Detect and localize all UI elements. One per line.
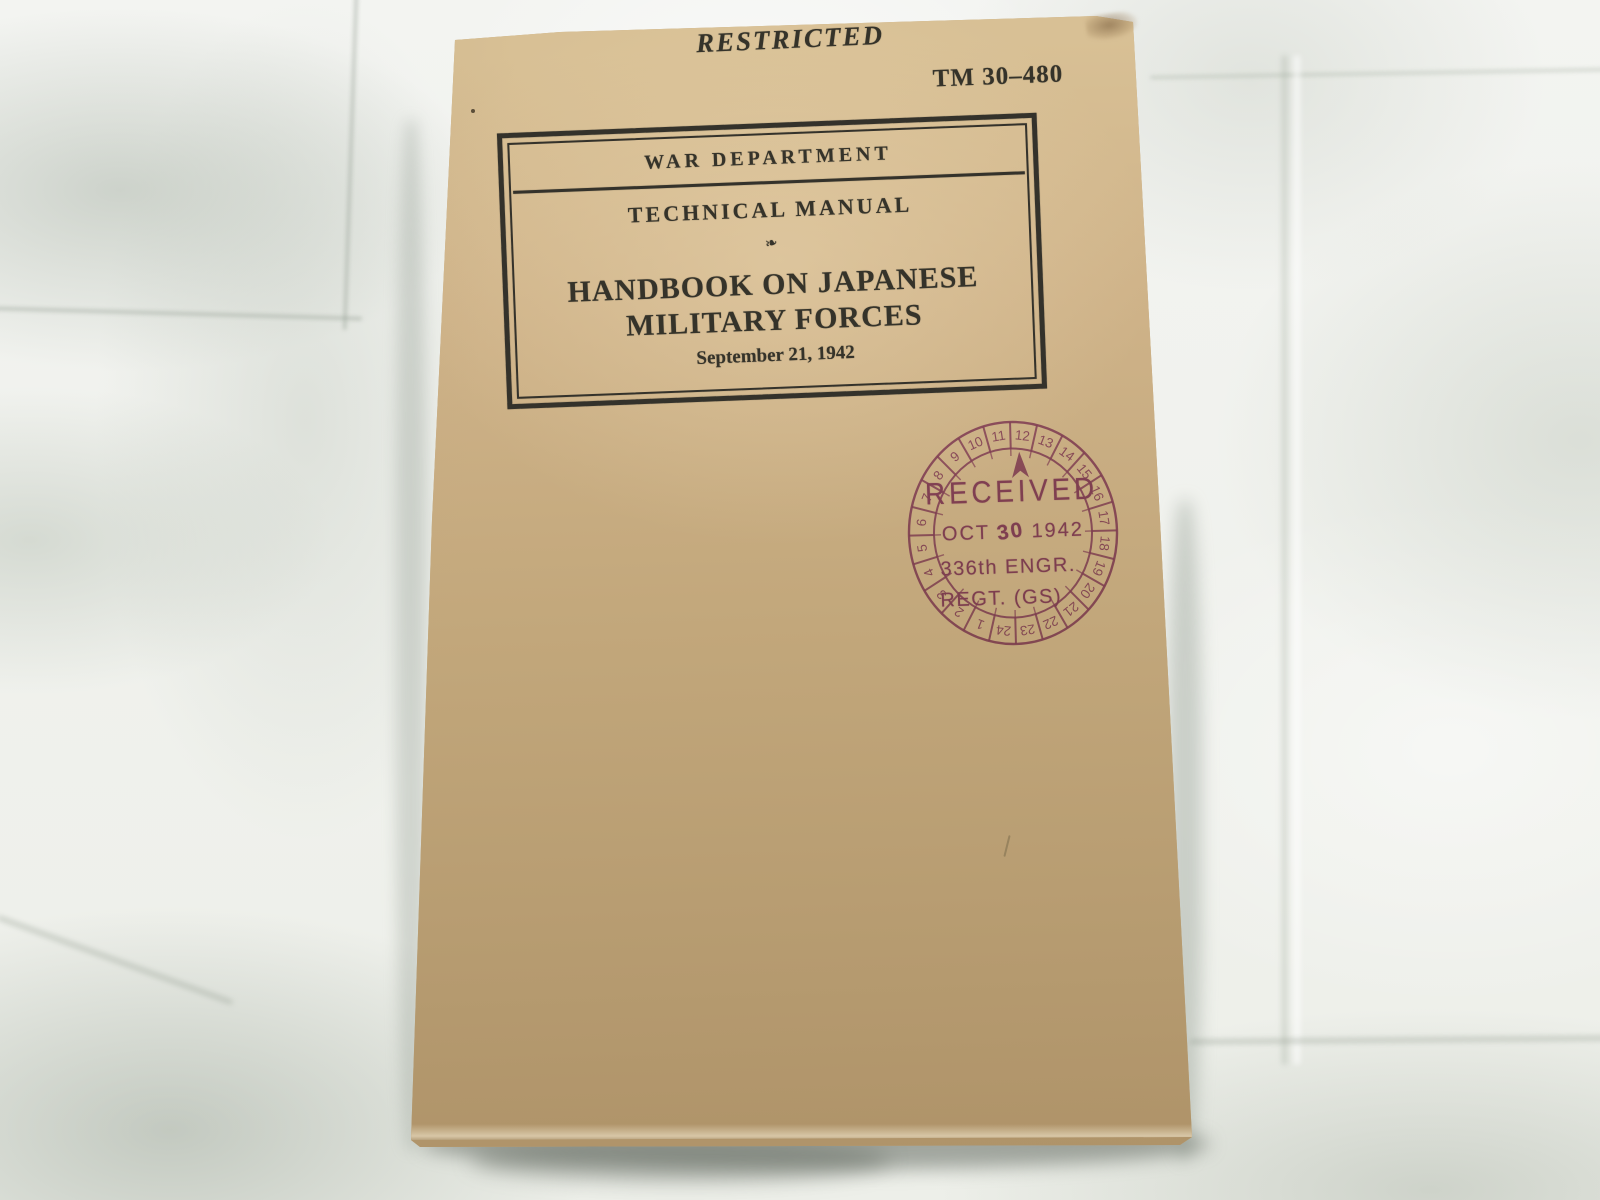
svg-text:11: 11 <box>990 428 1006 445</box>
svg-text:12: 12 <box>1014 427 1031 443</box>
svg-text:23: 23 <box>1019 621 1036 638</box>
svg-text:14: 14 <box>1056 443 1077 464</box>
fabric-fold-highlight-right <box>1294 55 1300 1065</box>
stamp-date-day: 30 <box>995 518 1026 546</box>
svg-text:9: 9 <box>947 448 962 464</box>
stamp-date-year: 1942 <box>1031 519 1084 543</box>
svg-text:1: 1 <box>974 616 986 633</box>
stamp-date-month: OCT <box>942 522 991 546</box>
svg-text:10: 10 <box>965 433 985 453</box>
svg-text:22: 22 <box>1041 613 1061 633</box>
title-box: WAR DEPARTMENT TECHNICAL MANUAL ❧ HANDBO… <box>497 113 1047 410</box>
svg-text:24: 24 <box>995 622 1012 639</box>
fabric-fold-shadow-right <box>1282 55 1287 1065</box>
photo-stage: RESTRICTED TM 30–480 WAR DEPARTMENT TECH… <box>0 0 1600 1200</box>
cover-speck <box>471 109 475 113</box>
manual-number-label: TM 30–480 <box>928 60 1069 93</box>
received-stamp: 123456789101112131415161718192021222324 … <box>894 414 1132 652</box>
svg-text:13: 13 <box>1036 432 1055 451</box>
